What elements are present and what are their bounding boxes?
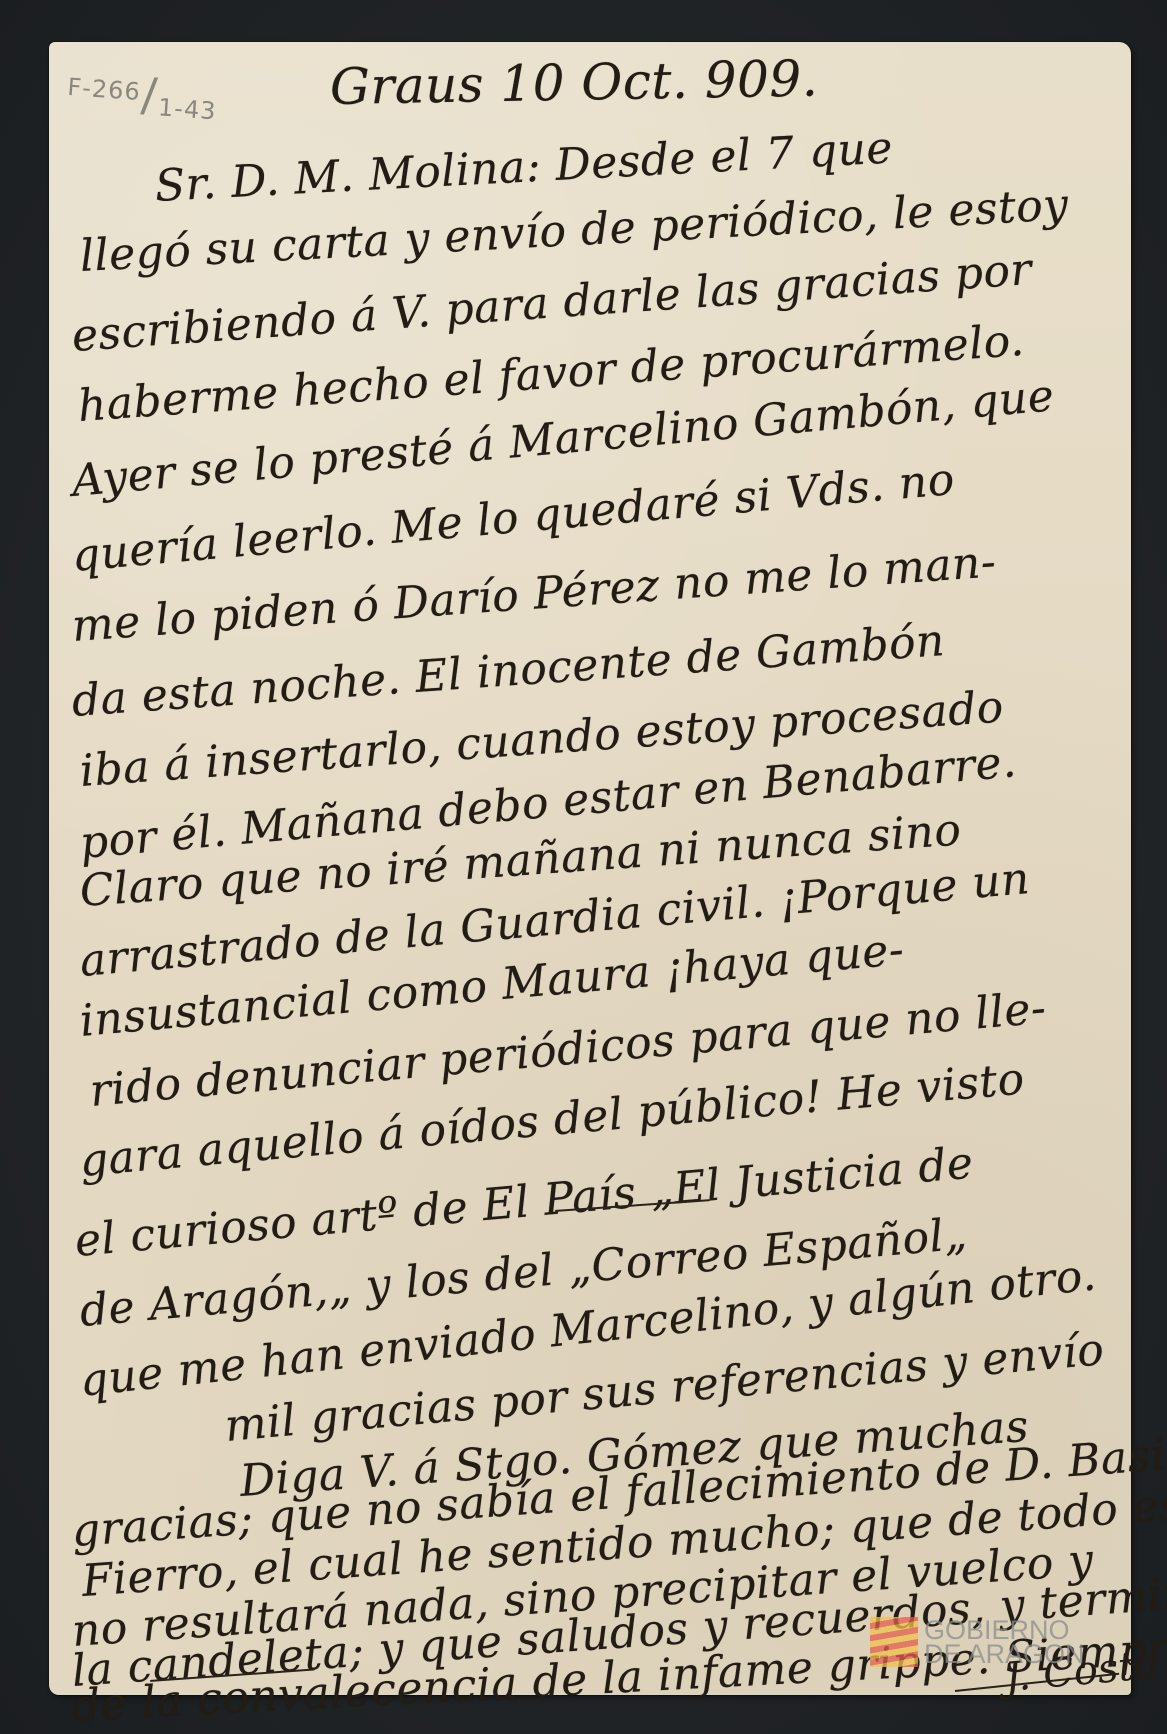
gobierno-de-aragon-watermark: GOBIERNO DE ARAGON bbox=[870, 1617, 1085, 1667]
archive-reference-main: F-266 bbox=[67, 73, 142, 106]
archive-reference-sub: 1-43 bbox=[157, 93, 217, 125]
archive-reference: F-266/1-43 bbox=[66, 52, 220, 116]
watermark-line-2: DE ARAGON bbox=[924, 1642, 1085, 1666]
date-line: Graus 10 Oct. 909. bbox=[330, 53, 819, 112]
aragon-flag-icon bbox=[870, 1617, 918, 1667]
watermark-text: GOBIERNO DE ARAGON bbox=[924, 1618, 1085, 1666]
